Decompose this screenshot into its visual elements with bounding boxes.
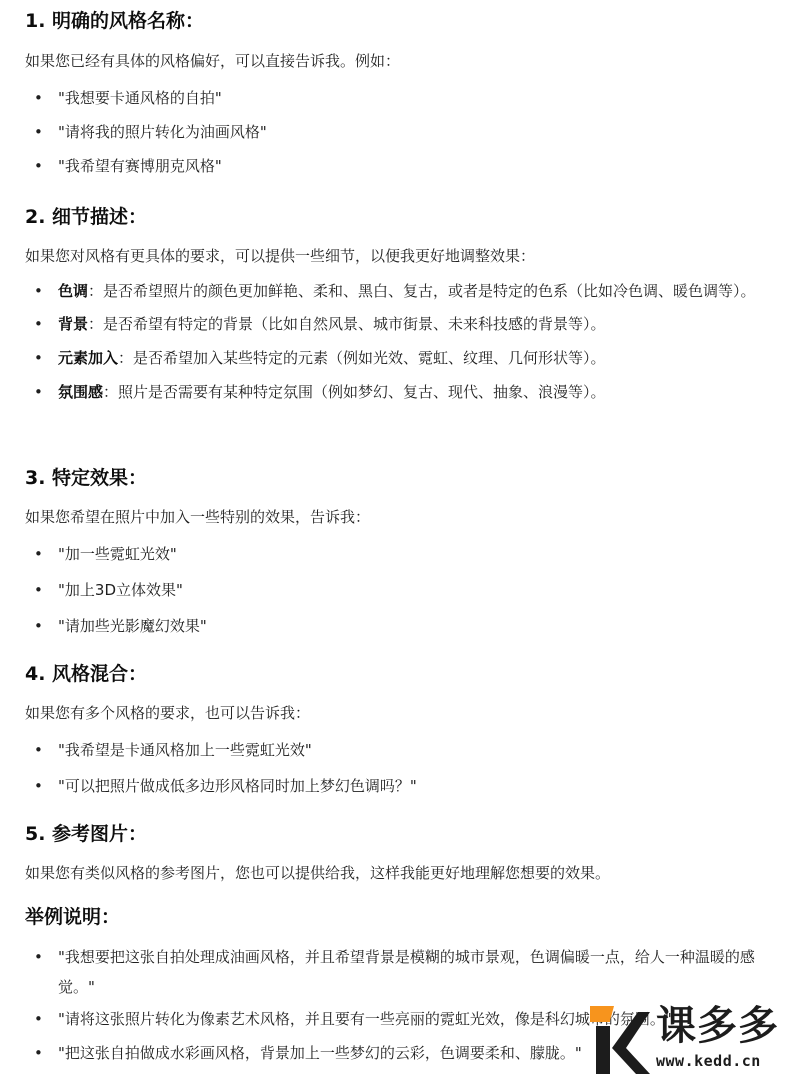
section-heading: 2. 细节描述： xyxy=(25,204,765,230)
bullet-icon: • xyxy=(34,1004,43,1035)
list-item-elements: •元素加入：是否希望加入某些特定的元素（例如光效、霓虹、纹理、几何形状等）。 xyxy=(25,343,765,374)
bullet-icon: • xyxy=(34,539,43,570)
section-reference-images: 5. 参考图片： 如果您有类似风格的参考图片，您也可以提供给我，这样我能更好地理… xyxy=(25,821,765,885)
list-item-background: •背景：是否希望有特定的背景（比如自然风景、城市街景、未来科技感的背景等）。 xyxy=(25,309,765,340)
section-heading: 5. 参考图片： xyxy=(25,821,765,847)
section-heading: 1. 明确的风格名称： xyxy=(25,8,765,34)
list-item: •"我希望有赛博朋克风格" xyxy=(25,151,765,182)
bullet-icon: • xyxy=(34,83,43,114)
bullet-icon: • xyxy=(34,611,43,642)
detail-list: •色调：是否希望照片的颜色更加鲜艳、柔和、黑白、复古，或者是特定的色系（比如冷色… xyxy=(25,276,765,408)
item-label: 背景 xyxy=(58,315,88,333)
bullet-icon: • xyxy=(34,771,43,802)
bullet-icon: • xyxy=(34,942,43,972)
section-intro: 如果您已经有具体的风格偏好，可以直接告诉我。例如： xyxy=(25,49,765,73)
section-intro: 如果您有类似风格的参考图片，您也可以提供给我，这样我能更好地理解您想要的效果。 xyxy=(25,861,765,885)
mix-list: •"我希望是卡通风格加上一些霓虹光效" •"可以把照片做成低多边形风格同时加上梦… xyxy=(25,735,765,802)
example-list: •"我想要卡通风格的自拍" •"请将我的照片转化为油画风格" •"我希望有赛博朋… xyxy=(25,83,765,182)
section-style-mix: 4. 风格混合： 如果您有多个风格的要求，也可以告诉我： •"我希望是卡通风格加… xyxy=(25,661,765,802)
list-item: •"请加些光影魔幻效果" xyxy=(25,611,765,642)
bullet-icon: • xyxy=(34,276,43,306)
section-intro: 如果您有多个风格的要求，也可以告诉我： xyxy=(25,701,765,725)
bullet-icon: • xyxy=(34,117,43,148)
item-label: 元素加入 xyxy=(58,349,118,367)
bullet-icon: • xyxy=(34,575,43,606)
list-item: •"我希望是卡通风格加上一些霓虹光效" xyxy=(25,735,765,766)
section-style-name: 1. 明确的风格名称： 如果您已经有具体的风格偏好，可以直接告诉我。例如： •"… xyxy=(25,8,765,182)
bullet-icon: • xyxy=(34,151,43,182)
section-heading: 举例说明： xyxy=(25,904,765,930)
list-item: •"我想要卡通风格的自拍" xyxy=(25,83,765,114)
bullet-icon: • xyxy=(34,1038,43,1069)
section-details: 2. 细节描述： 如果您对风格有更具体的要求，可以提供一些细节，以便我更好地调整… xyxy=(25,204,765,408)
list-item: •"加上3D立体效果" xyxy=(25,575,765,606)
bullet-icon: • xyxy=(34,735,43,766)
effects-list: •"加一些霓虹光效" •"加上3D立体效果" •"请加些光影魔幻效果" xyxy=(25,539,765,642)
list-item: •"请将我的照片转化为油画风格" xyxy=(25,117,765,148)
item-label: 氛围感 xyxy=(58,383,103,401)
section-effects: 3. 特定效果： 如果您希望在照片中加入一些特别的效果，告诉我： •"加一些霓虹… xyxy=(25,465,765,642)
watermark-brand: 课多多 xyxy=(656,1002,779,1050)
bullet-icon: • xyxy=(34,309,43,340)
watermark: 课多多 www.kedd.cn xyxy=(590,1002,785,1079)
bullet-icon: • xyxy=(34,343,43,374)
list-item: •"我想要把这张自拍处理成油画风格，并且希望背景是模糊的城市景观，色调偏暖一点，… xyxy=(25,942,765,1002)
watermark-url: www.kedd.cn xyxy=(656,1052,761,1070)
section-intro: 如果您希望在照片中加入一些特别的效果，告诉我： xyxy=(25,505,765,529)
section-intro: 如果您对风格有更具体的要求，可以提供一些细节，以便我更好地调整效果： xyxy=(25,244,765,268)
list-item-color-tone: •色调：是否希望照片的颜色更加鲜艳、柔和、黑白、复古，或者是特定的色系（比如冷色… xyxy=(25,276,765,306)
list-item: •"可以把照片做成低多边形风格同时加上梦幻色调吗？" xyxy=(25,771,765,802)
section-heading: 4. 风格混合： xyxy=(25,661,765,687)
list-item-atmosphere: •氛围感：照片是否需要有某种特定氛围（例如梦幻、复古、现代、抽象、浪漫等）。 xyxy=(25,377,765,408)
bullet-icon: • xyxy=(34,377,43,408)
kedd-logo-icon xyxy=(590,1006,650,1074)
item-label: 色调 xyxy=(58,282,88,300)
section-heading: 3. 特定效果： xyxy=(25,465,765,491)
list-item: •"加一些霓虹光效" xyxy=(25,539,765,570)
